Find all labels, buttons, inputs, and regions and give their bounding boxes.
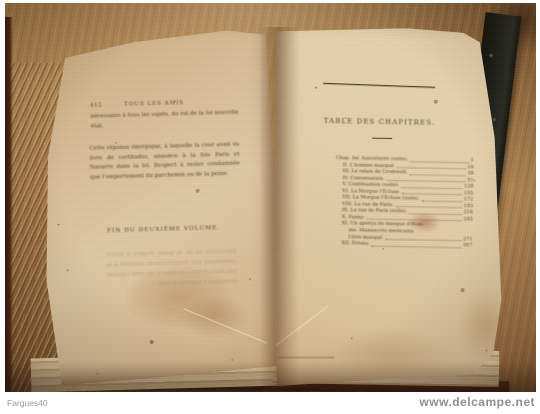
page-number: 412 — [90, 102, 102, 108]
table-edge-shadow — [5, 17, 13, 392]
paragraph: nécessaire à tous les sujets, du roi de … — [90, 109, 238, 132]
toc-chapter-label: XII. Errata. — [341, 240, 369, 247]
showthrough-text: parchemin ou de la peine respect à reste… — [106, 247, 237, 291]
toc-title: TABLE DES CHAPITRES. — [312, 117, 446, 127]
screenshot: 412 TOUS LES AMIS nécessaire à tous les … — [0, 0, 540, 414]
paper-stain — [330, 327, 451, 384]
horizontal-rule — [323, 83, 435, 88]
seller-watermark: Fargues40 — [7, 398, 48, 408]
foxing-spots — [315, 87, 317, 89]
left-page-header: 412 TOUS LES AMIS — [90, 99, 240, 109]
running-title: TOUS LES AMIS — [124, 100, 184, 108]
toc-list: Chap. Ier. Sauveterre (suite).1II. L'hom… — [334, 155, 474, 249]
dot-leader — [371, 245, 461, 248]
book-photo: 412 TOUS LES AMIS nécessaire à tous les … — [5, 3, 536, 392]
paragraph: Cette réponse énergique, à laquelle la c… — [89, 141, 240, 184]
book-gutter-shadow — [259, 27, 299, 387]
foxing-spots — [57, 224, 59, 226]
small-rule — [372, 138, 392, 139]
site-watermark: www.delcampe.net — [419, 395, 535, 409]
right-page: TABLE DES CHAPITRES. Chap. Ier. Sauveter… — [270, 26, 513, 390]
toc-page-number: 245 — [463, 216, 472, 223]
toc-page-number: 307 — [463, 242, 472, 249]
toc-row: XII. Errata.307 — [334, 240, 472, 249]
volume-end-line: FIN DU DEUXIÈME VOLUME. — [94, 225, 234, 235]
